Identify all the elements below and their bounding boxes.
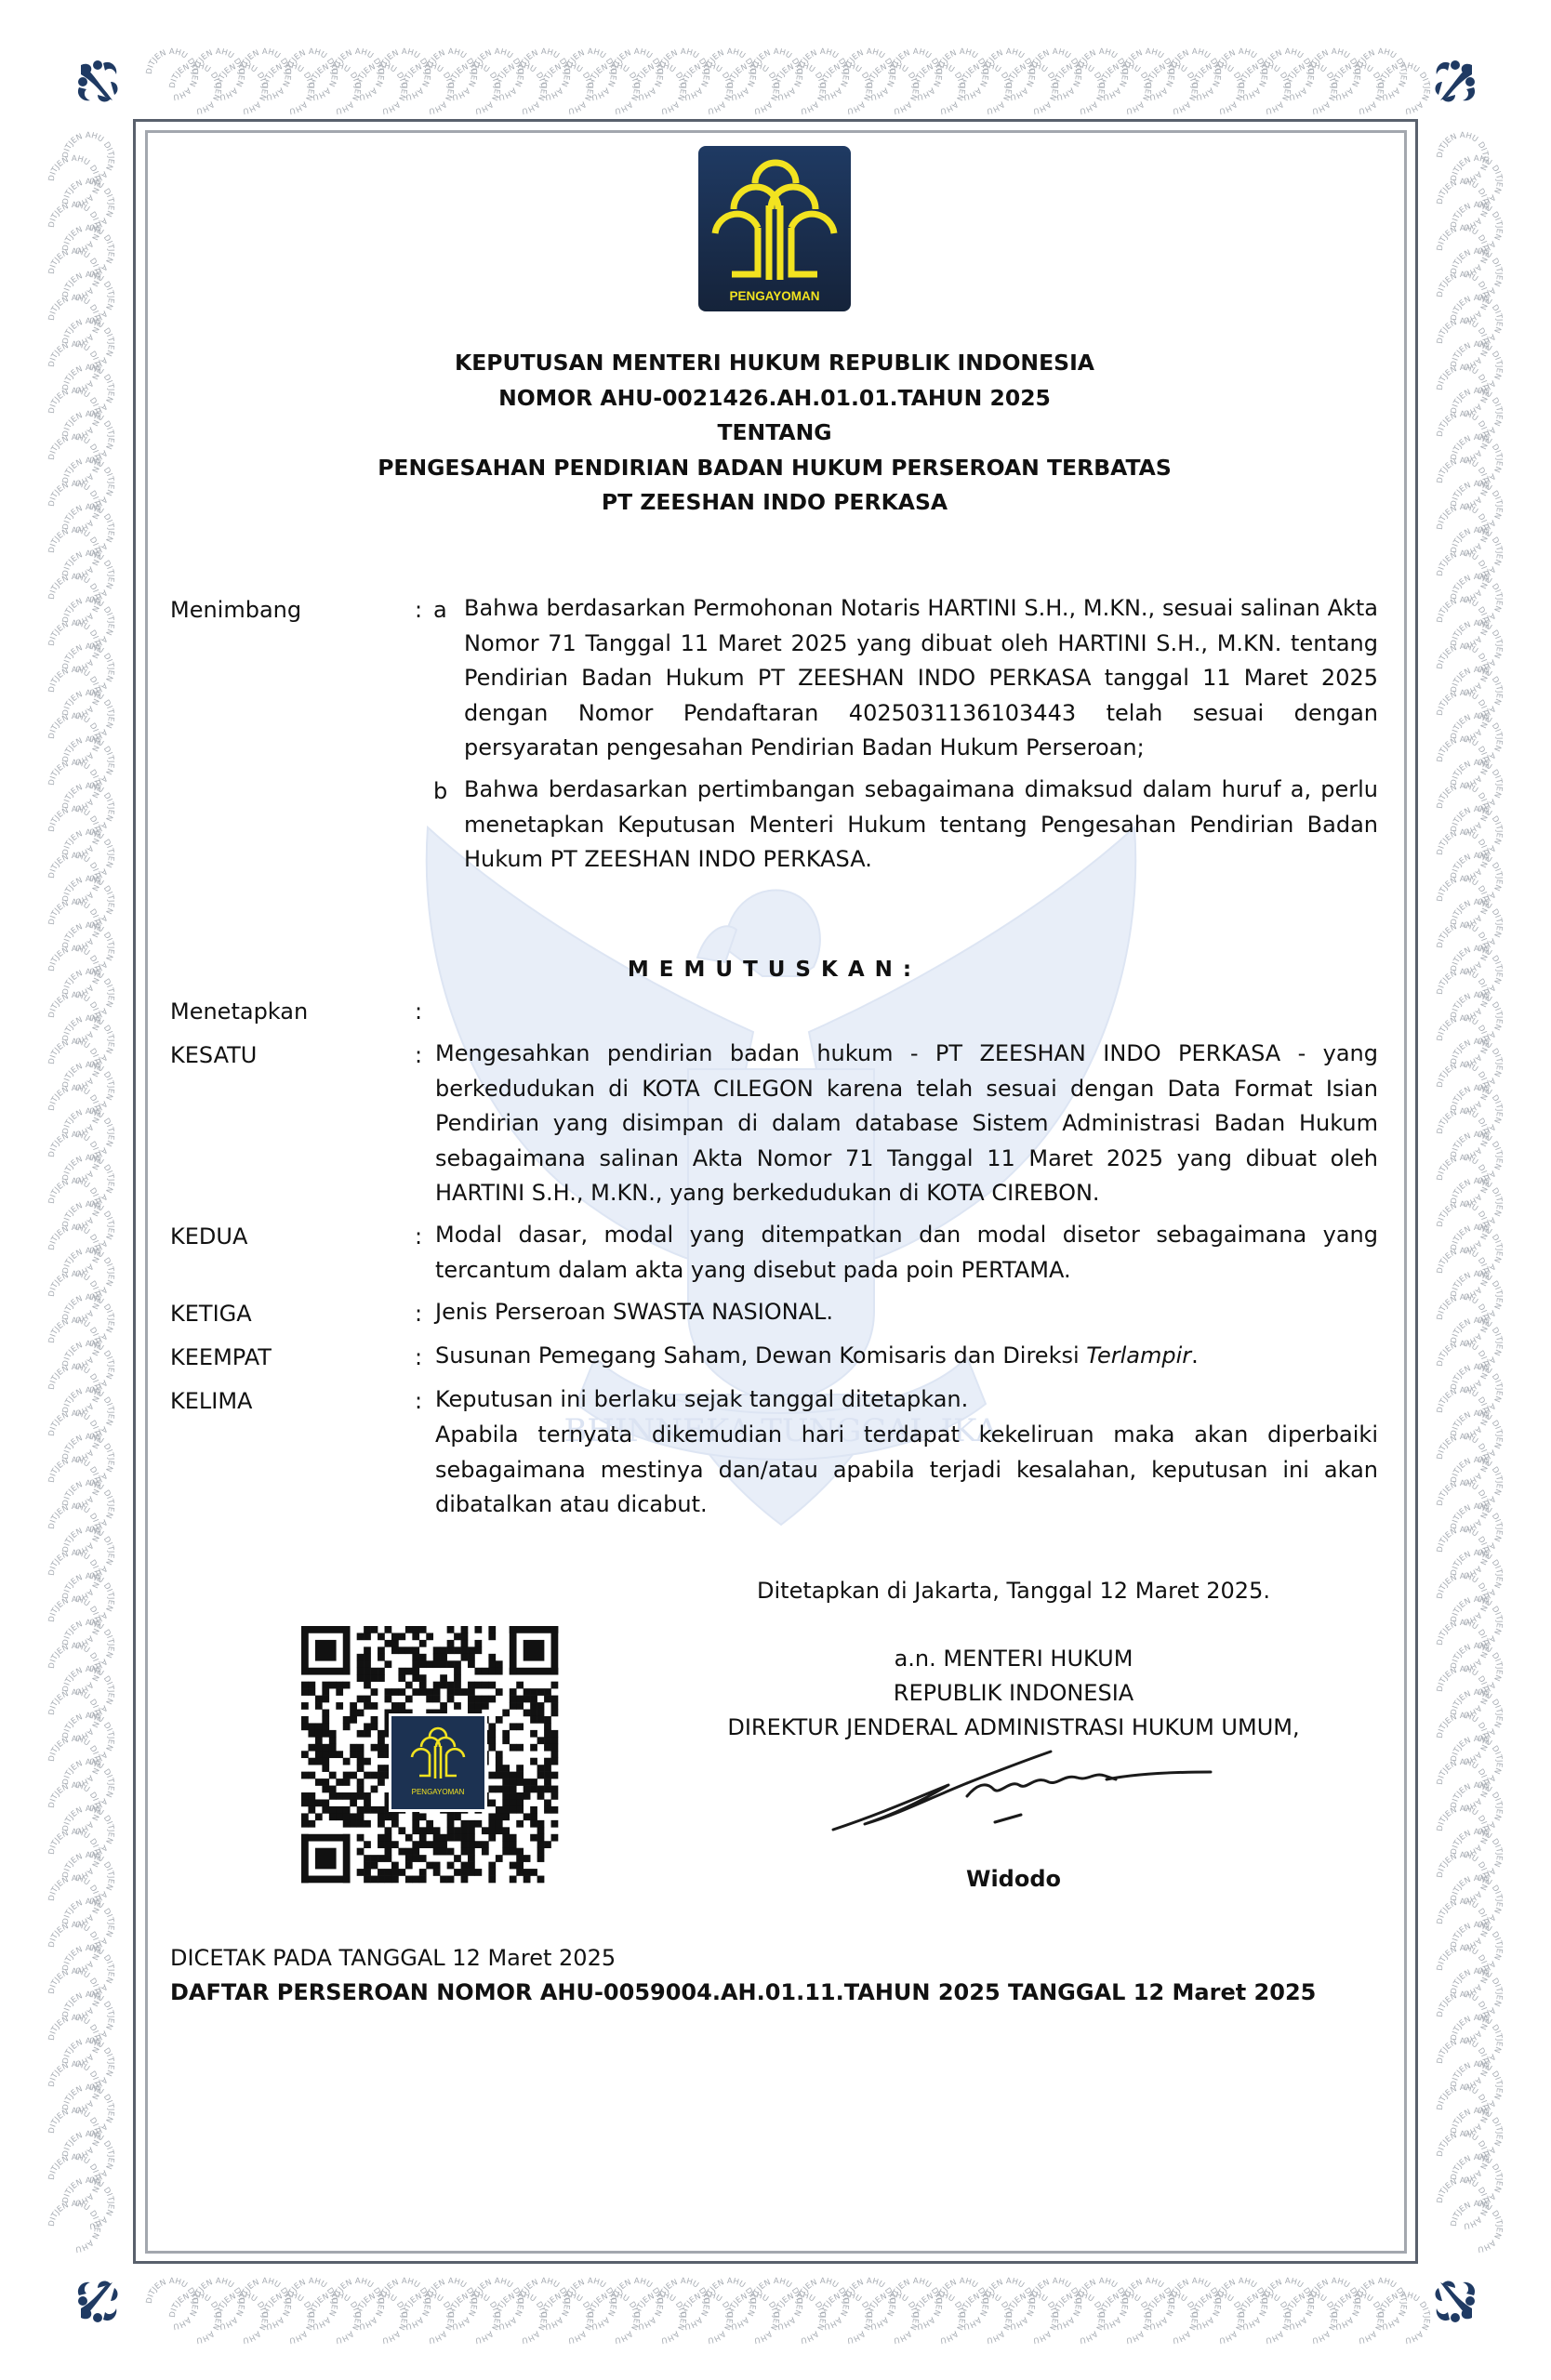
menimbang-colon: : [415,597,422,623]
signer-name: Widodo [707,1866,1320,1892]
corner-ornament-icon [1427,54,1483,110]
corner-ornament-icon [1427,2273,1483,2329]
svg-text:PENGAYOMAN: PENGAYOMAN [729,289,819,303]
kedua-colon: : [415,1223,422,1249]
keempat-text: Susunan Pemegang Saham, Dewan Komisaris … [435,1339,1378,1374]
kelima-text: Keputusan ini berlaku sejak tanggal dite… [435,1382,1378,1418]
keempat-text-main: Susunan Pemegang Saham, Dewan Komisaris … [435,1342,1086,1368]
kesatu-label: KESATU [170,1042,257,1068]
svg-text:DITJEN AHU DITJEN AHU: DITJEN AHU DITJEN AHU [145,47,199,101]
svg-text:DITJEN AHU DITJEN AHU: DITJEN AHU DITJEN AHU [47,2200,101,2254]
kelima-text-2: Apabila ternyata dikemudian hari terdapa… [435,1418,1378,1523]
menimbang-item-a: Bahwa berdasarkan Permohonan Notaris HAR… [464,591,1378,766]
memutuskan-heading: MEMUTUSKAN: [186,958,1363,982]
svg-text:DITJEN AHU DITJEN AHU: DITJEN AHU DITJEN AHU [145,2277,199,2331]
menimbang-marker-a: a [433,597,447,623]
menetapkan-colon: : [415,998,422,1025]
pengayoman-logo-icon: PENGAYOMAN [696,144,853,313]
qr-code-icon[interactable]: PENGAYOMAN [293,1618,566,1891]
menimbang-item-b: Bahwa berdasarkan pertimbangan sebagaima… [464,773,1378,878]
title-line: TENTANG [186,416,1363,451]
signatory-line-1: a.n. MENTERI HUKUM [707,1642,1320,1677]
signatory-line-2: REPUBLIK INDONESIA [707,1676,1320,1712]
keempat-label: KEEMPAT [170,1344,272,1370]
kesatu-colon: : [415,1042,422,1068]
title-company-name: PT ZEESHAN INDO PERKASA [186,485,1363,521]
svg-text:PENGAYOMAN: PENGAYOMAN [412,1788,465,1796]
keempat-text-end: . [1191,1342,1199,1368]
title-line: PENGESAHAN PENDIRIAN BADAN HUKUM PERSERO… [186,451,1363,486]
keempat-text-italic: Terlampir [1086,1342,1191,1368]
company-register-number: DAFTAR PERSEROAN NOMOR AHU-0059004.AH.01… [170,1979,1316,2005]
printed-date: DICETAK PADA TANGGAL 12 Maret 2025 [170,1945,616,1971]
title-line: KEPUTUSAN MENTERI HUKUM REPUBLIK INDONES… [186,346,1363,381]
corner-ornament-icon [70,54,126,110]
ketiga-label: KETIGA [170,1301,252,1327]
kedua-text: Modal dasar, modal yang ditempatkan dan … [435,1218,1378,1288]
corner-ornament-icon [70,2273,126,2329]
svg-text:DITJEN AHU DITJEN AHU: DITJEN AHU DITJEN AHU [1377,61,1431,115]
svg-text:DITJEN AHU DITJEN AHU: DITJEN AHU DITJEN AHU [1377,2291,1431,2345]
title-decree-number: NOMOR AHU-0021426.AH.01.01.TAHUN 2025 [186,381,1363,416]
svg-text:DITJEN AHU DITJEN AHU: DITJEN AHU DITJEN AHU [1450,2200,1504,2254]
menetapkan-label: Menetapkan [170,998,308,1025]
kesatu-text: Mengesahkan pendirian badan hukum - PT Z… [435,1037,1378,1211]
ketiga-colon: : [415,1301,422,1327]
signature-icon [828,1748,1218,1841]
kedua-label: KEDUA [170,1223,247,1249]
signatory-line-3: DIREKTUR JENDERAL ADMINISTRASI HUKUM UMU… [707,1711,1320,1746]
menimbang-label: Menimbang [170,597,301,623]
menimbang-marker-b: b [433,778,447,804]
ketiga-text: Jenis Perseroan SWASTA NASIONAL. [435,1295,1378,1330]
place-date: Ditetapkan di Jakarta, Tanggal 12 Maret … [707,1574,1320,1609]
document-title: KEPUTUSAN MENTERI HUKUM REPUBLIK INDONES… [186,346,1363,521]
keempat-colon: : [415,1344,422,1370]
kelima-label: KELIMA [170,1388,252,1414]
kelima-colon: : [415,1388,422,1414]
